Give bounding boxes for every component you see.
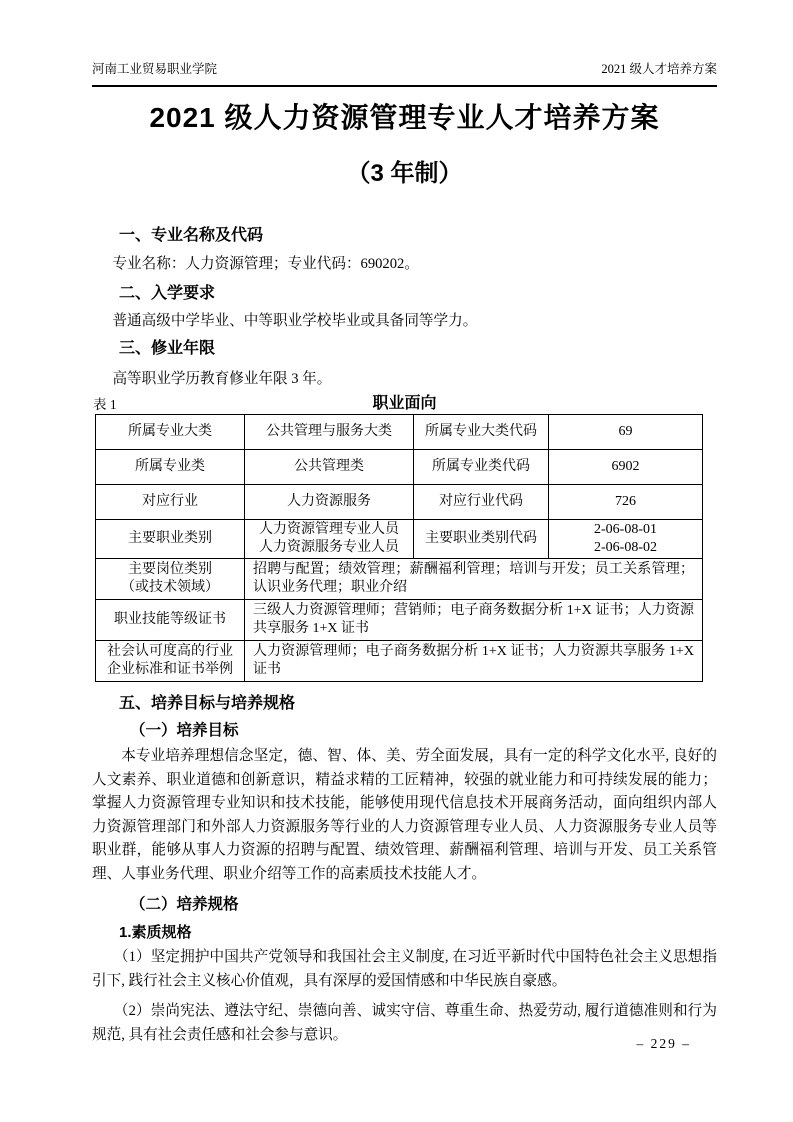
section-2-heading: 二、入学要求 — [119, 283, 717, 305]
cell-major-class-code-label: 所属专业类代码 — [414, 450, 549, 485]
header-doc-name: 2021 级人才培养方案 — [601, 60, 717, 78]
occupation-line-2: 人力资源服务专业人员 — [249, 539, 409, 557]
cell-skill-certificate-value: 三级人力资源管理师；营销师；电子商务数据分析 1+X 证书；人力资源共享服务 1… — [245, 600, 703, 641]
cell-major-category-value: 公共管理与服务大类 — [245, 415, 414, 450]
table-row: 主要职业类别 人力资源管理专业人员 人力资源服务专业人员 主要职业类别代码 2-… — [96, 520, 703, 559]
cell-major-class-value: 公共管理类 — [245, 450, 414, 485]
section-3-heading: 三、修业年限 — [119, 338, 717, 360]
table-label: 表 1 — [93, 394, 117, 415]
table-row: 主要岗位类别 （或技术领域） 招聘与配置；绩效管理；薪酬福利管理；培训与开发；员… — [96, 559, 703, 600]
cell-major-category-code-value: 69 — [549, 415, 703, 450]
cell-skill-certificate-label: 职业技能等级证书 — [96, 600, 245, 641]
section-2-body: 普通高级中学毕业、中等职业学校毕业或具备同等学力。 — [92, 310, 717, 332]
cell-major-category-code-label: 所属专业大类代码 — [414, 415, 549, 450]
table-row: 所属专业大类 公共管理与服务大类 所属专业大类代码 69 — [96, 415, 703, 450]
cell-industry-code-label: 对应行业代码 — [414, 485, 549, 520]
occupation-code-line-2: 2-06-08-02 — [553, 539, 698, 557]
document-subtitle: （3 年制） — [92, 157, 717, 191]
quality-spec-item-2: （2）崇尚宪法、遵法守纪、崇德向善、诚实守信、尊重生命、热爱劳动, 履行道德准则… — [92, 1000, 717, 1047]
cell-industry-value: 人力资源服务 — [245, 485, 414, 520]
cell-post-category-label: 主要岗位类别 （或技术领域） — [96, 559, 245, 600]
cell-industry-code-value: 726 — [549, 485, 703, 520]
quality-spec-item-1: （1）坚定拥护中国共产党领导和我国社会主义制度, 在习近平新时代中国特色社会主义… — [92, 946, 717, 993]
career-orientation-table: 所属专业大类 公共管理与服务大类 所属专业大类代码 69 所属专业类 公共管理类… — [95, 414, 703, 682]
cell-major-class-code-value: 6902 — [549, 450, 703, 485]
quality-spec-heading: 1.素质规格 — [119, 922, 717, 943]
cell-occupation-code-label: 主要职业类别代码 — [414, 520, 549, 559]
cell-occupation-value: 人力资源管理专业人员 人力资源服务专业人员 — [245, 520, 414, 559]
section-5-sub-1-heading: （一）培养目标 — [130, 720, 717, 742]
page-number: – 229 – — [637, 1036, 692, 1052]
document-page: 河南工业贸易职业学院 2021 级人才培养方案 2021 级人力资源管理专业人才… — [0, 0, 793, 1122]
table-caption-row: 表 1 职业面向 — [92, 393, 717, 414]
table-caption: 职业面向 — [92, 393, 717, 414]
training-objective-paragraph: 本专业培养理想信念坚定，德、智、体、美、劳全面发展，具有一定的科学文化水平, 良… — [92, 745, 717, 886]
cell-occupation-label: 主要职业类别 — [96, 520, 245, 559]
occupation-code-line-1: 2-06-08-01 — [553, 521, 698, 539]
cell-industry-label: 对应行业 — [96, 485, 245, 520]
cell-post-category-value: 招聘与配置；绩效管理；薪酬福利管理；培训与开发；员工关系管理；认识业务代理；职业… — [245, 559, 703, 600]
post-category-line-2: （或技术领域） — [100, 579, 240, 597]
section-5-sub-2-heading: （二）培养规格 — [130, 894, 717, 916]
cell-industry-certificate-label: 社会认可度高的行业 企业标准和证书举例 — [96, 641, 245, 682]
document-title: 2021 级人力资源管理专业人才培养方案 — [92, 100, 717, 136]
header-school-name: 河南工业贸易职业学院 — [92, 60, 217, 78]
table-row: 对应行业 人力资源服务 对应行业代码 726 — [96, 485, 703, 520]
occupation-line-1: 人力资源管理专业人员 — [249, 521, 409, 539]
table-row: 所属专业类 公共管理类 所属专业类代码 6902 — [96, 450, 703, 485]
table-row: 社会认可度高的行业 企业标准和证书举例 人力资源管理师；电子商务数据分析 1+X… — [96, 641, 703, 682]
section-5-heading: 五、培养目标与培养规格 — [119, 693, 717, 715]
cell-major-category-label: 所属专业大类 — [96, 415, 245, 450]
section-1-body: 专业名称：人力资源管理；专业代码：690202。 — [92, 253, 717, 275]
page-header: 河南工业贸易职业学院 2021 级人才培养方案 — [92, 60, 717, 87]
industry-certificate-label-line-1: 社会认可度高的行业 — [100, 643, 240, 661]
cell-major-class-label: 所属专业类 — [96, 450, 245, 485]
section-1-heading: 一、专业名称及代码 — [119, 225, 717, 247]
cell-occupation-code-value: 2-06-08-01 2-06-08-02 — [549, 520, 703, 559]
cell-industry-certificate-value: 人力资源管理师；电子商务数据分析 1+X 证书；人力资源共享服务 1+X 证书 — [245, 641, 703, 682]
post-category-line-1: 主要岗位类别 — [100, 561, 240, 579]
section-3-body: 高等职业学历教育修业年限 3 年。 — [92, 368, 717, 390]
industry-certificate-label-line-2: 企业标准和证书举例 — [100, 661, 240, 679]
table-row: 职业技能等级证书 三级人力资源管理师；营销师；电子商务数据分析 1+X 证书；人… — [96, 600, 703, 641]
